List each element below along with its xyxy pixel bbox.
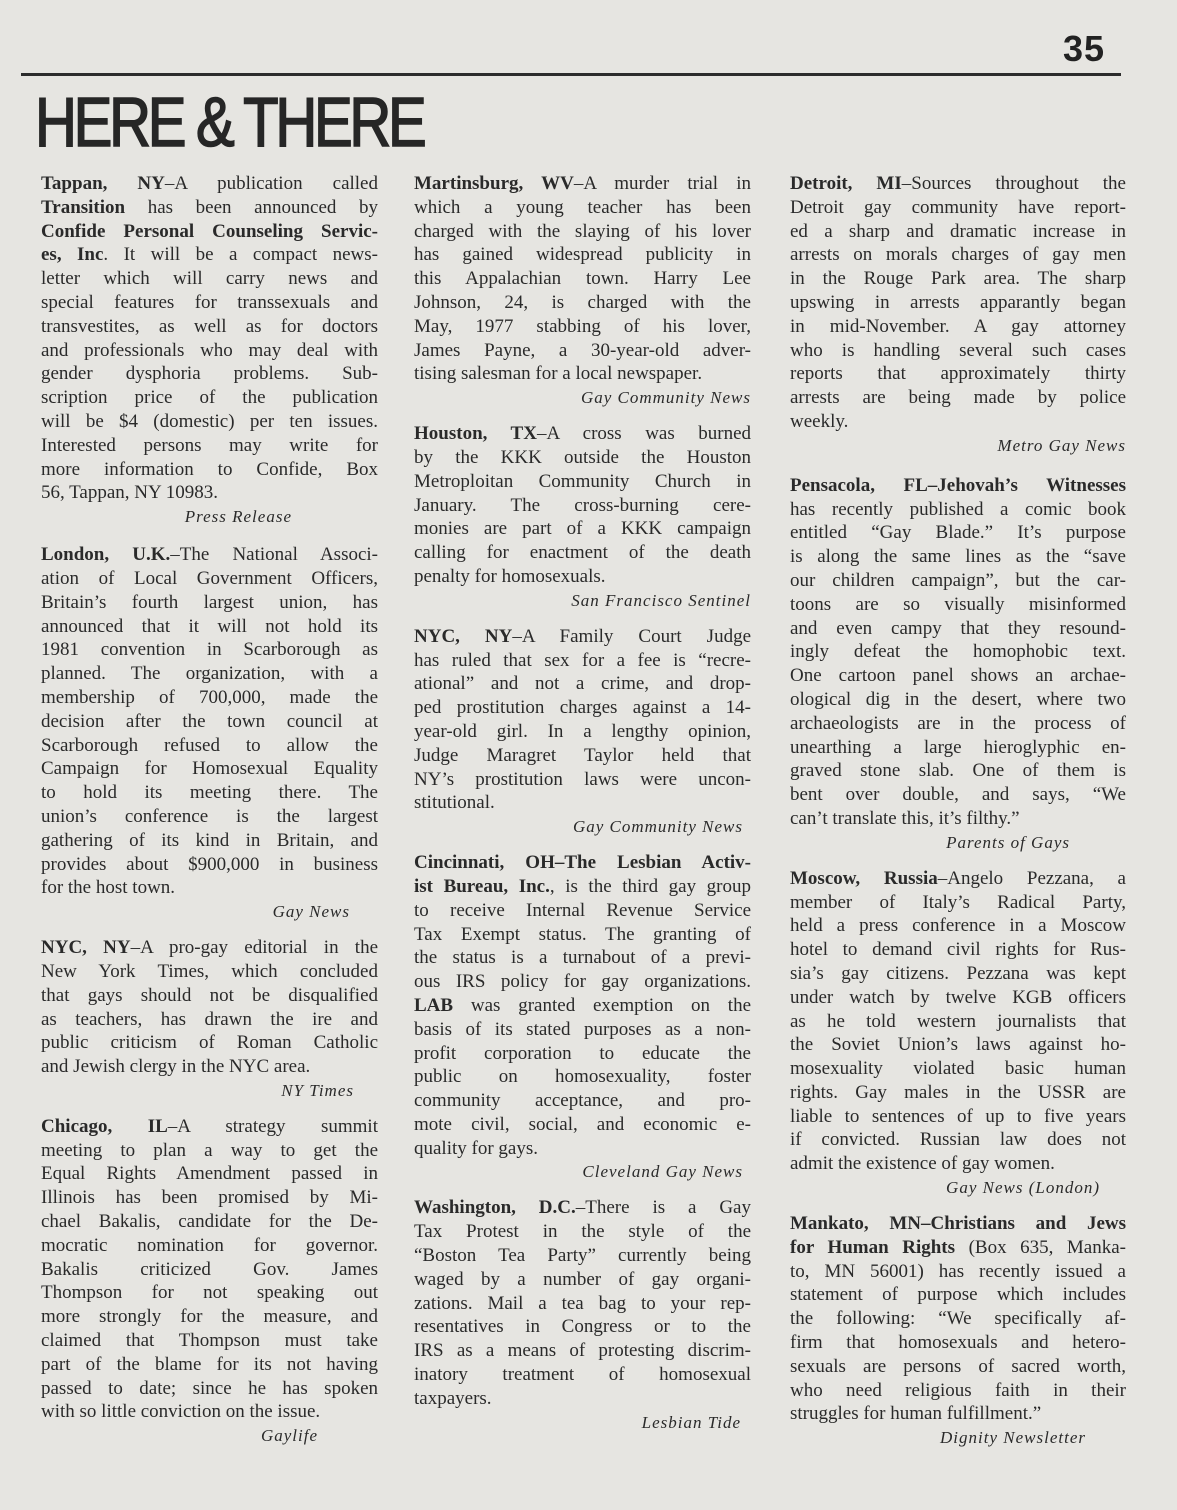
- source-credit: San Francisco Sentinel: [414, 589, 751, 613]
- body-text: –A cross was burned: [537, 423, 751, 444]
- body-text: year-old girl. In a lengthy opinion,: [414, 721, 751, 742]
- body-text: scription price of the publication: [41, 387, 378, 408]
- text-line: mosexuality violated basic human: [790, 1057, 1126, 1081]
- dateline: Washington, D.C.: [414, 1197, 576, 1218]
- text-line: Campaign for Homosexual Equality: [41, 757, 378, 781]
- text-line: public criticism of Roman Catholic: [41, 1031, 378, 1055]
- body-text: taxpayers.: [414, 1388, 492, 1409]
- text-line: Judge Maragret Taylor held that: [414, 744, 751, 768]
- body-text: for the host town.: [41, 877, 175, 898]
- body-text: zations. Mail a tea bag to your rep-: [414, 1293, 751, 1314]
- body-text: IRS as a means of protesting discrim-: [414, 1340, 751, 1361]
- body-text: union’s conference is the largest: [41, 806, 378, 827]
- body-text: –A publication called: [165, 173, 378, 194]
- text-line: May, 1977 stabbing of his lover,: [414, 315, 751, 339]
- text-line: stitutional.: [414, 791, 751, 815]
- text-line: Mankato, MN–Christians and Jews: [790, 1212, 1126, 1236]
- text-line: Houston, TX–A cross was burned: [414, 422, 751, 446]
- body-text: archaeologists are in the process of: [790, 713, 1126, 734]
- news-item: Tappan, NY–A publication calledTransitio…: [41, 172, 378, 529]
- body-text: claimed that Thompson must take: [41, 1330, 378, 1351]
- text-line: mocratic nomination for governor.: [41, 1234, 378, 1258]
- body-text: –Sources throughout the: [902, 173, 1126, 194]
- text-line: firm that homosexuals and hetero-: [790, 1331, 1126, 1355]
- text-line: Transition has been announced by: [41, 196, 378, 220]
- body-text: held a press conference in a Moscow: [790, 915, 1126, 936]
- source-credit: Gay Community News: [414, 815, 751, 839]
- text-line: NY’s prostitution laws were uncon-: [414, 768, 751, 792]
- news-item: Pensacola, FL–Jehovah’s Witnesseshas rec…: [790, 474, 1126, 855]
- body-text: bent over double, and says, “We: [790, 784, 1126, 805]
- news-item: Houston, TX–A cross was burnedby the KKK…: [414, 422, 751, 613]
- news-item: Detroit, MI–Sources throughout theDetroi…: [790, 172, 1126, 458]
- body-text: decision after the town council at: [41, 711, 378, 732]
- body-text: member of Italy’s Radical Party,: [790, 892, 1126, 913]
- text-line: and Jewish clergy in the NYC area.: [41, 1055, 378, 1079]
- text-line: monies are part of a KKK campaign: [414, 517, 751, 541]
- body-text: James Payne, a 30-year-old adver-: [414, 340, 751, 361]
- text-line: public on homosexuality, foster: [414, 1065, 751, 1089]
- body-text: Judge Maragret Taylor held that: [414, 745, 751, 766]
- text-line: January. The cross-burning cere-: [414, 494, 751, 518]
- source-credit: Dignity Newsletter: [790, 1426, 1126, 1450]
- text-line: with so little conviction on the issue.: [41, 1400, 378, 1424]
- text-line: statement of purpose which includes: [790, 1283, 1126, 1307]
- dateline: Moscow, Russia: [790, 868, 938, 889]
- text-line: held a press conference in a Moscow: [790, 914, 1126, 938]
- text-line: ingly defeat the homophobic text.: [790, 640, 1126, 664]
- text-line: Moscow, Russia–Angelo Pezzana, a: [790, 867, 1126, 891]
- body-text: the following: “We specifically af-: [790, 1308, 1126, 1329]
- text-line: unearthing a large hieroglyphic en-: [790, 736, 1126, 760]
- body-text: graved stone slab. One of them is: [790, 760, 1126, 781]
- dateline: Transition: [41, 197, 125, 218]
- text-line: claimed that Thompson must take: [41, 1329, 378, 1353]
- dateline: Chicago, IL: [41, 1116, 168, 1137]
- text-line: is along the same lines as the “save: [790, 545, 1126, 569]
- body-text: meeting to plan a way to get the: [41, 1140, 378, 1161]
- text-line: gathering of its kind in Britain, and: [41, 829, 378, 853]
- text-line: basis of its stated purposes as a non-: [414, 1018, 751, 1042]
- text-line: Detroit gay community have report-: [790, 196, 1126, 220]
- body-text: charged with the slaying of his lover: [414, 221, 751, 242]
- column-1: Tappan, NY–A publication calledTransitio…: [41, 172, 378, 1448]
- body-text: more information to Confide, Box: [41, 459, 378, 480]
- body-text: struggles for human fulfillment.”: [790, 1403, 1041, 1424]
- dateline: NYC, NY: [41, 937, 131, 958]
- text-line: the following: “We specifically af-: [790, 1307, 1126, 1331]
- body-text: –Angelo Pezzana, a: [938, 868, 1126, 889]
- body-text: reports that approximately thirty: [790, 363, 1126, 384]
- body-text: New York Times, which concluded: [41, 961, 378, 982]
- body-text: the Soviet Union’s laws against ho-: [790, 1034, 1126, 1055]
- body-text: community acceptance, and pro-: [414, 1090, 751, 1111]
- body-text: the status is a turnabout of a previ-: [414, 947, 751, 968]
- body-text: who is handling several such cases: [790, 340, 1126, 361]
- text-line: inatory treatment of homosexual: [414, 1363, 751, 1387]
- text-line: to, MN 56001) has recently issued a: [790, 1260, 1126, 1284]
- column-2: Martinsburg, WV–A murder trial inwhich a…: [414, 172, 751, 1435]
- source-credit: Lesbian Tide: [414, 1411, 751, 1435]
- text-line: as teachers, has drawn the ire and: [41, 1008, 378, 1032]
- text-line: for Human Rights (Box 635, Manka-: [790, 1236, 1126, 1260]
- text-line: NYC, NY–A Family Court Judge: [414, 625, 751, 649]
- body-text: by the KKK outside the Houston: [414, 447, 751, 468]
- text-line: Interested persons may write for: [41, 434, 378, 458]
- text-line: who need religious faith in their: [790, 1379, 1126, 1403]
- source-credit: Gay News (London): [790, 1176, 1126, 1200]
- body-text: ous IRS policy for gay organizations.: [414, 971, 751, 992]
- dateline: es, Inc: [41, 244, 103, 265]
- text-line: ational” and not a crime, and drop-: [414, 672, 751, 696]
- body-text: was granted exemption on the: [453, 995, 751, 1016]
- body-text: and Jewish clergy in the NYC area.: [41, 1056, 310, 1077]
- text-line: sexuals are persons of sacred worth,: [790, 1355, 1126, 1379]
- text-line: which a young teacher has been: [414, 196, 751, 220]
- text-line: hotel to demand civil rights for Rus-: [790, 938, 1126, 962]
- body-text: Metroploitan Community Church in: [414, 471, 751, 492]
- body-text: public criticism of Roman Catholic: [41, 1032, 378, 1053]
- body-text: chael Bakalis, candidate for the De-: [41, 1211, 378, 1232]
- body-text: quality for gays.: [414, 1138, 538, 1159]
- body-text: which a young teacher has been: [414, 197, 751, 218]
- text-line: under watch by twelve KGB officers: [790, 986, 1126, 1010]
- text-line: penalty for homosexuals.: [414, 565, 751, 589]
- text-line: to hold its meeting there. The: [41, 781, 378, 805]
- dateline: ist Bureau, Inc.: [414, 876, 550, 897]
- body-text: can’t translate this, it’s filthy.”: [790, 808, 1020, 829]
- body-text: ational” and not a crime, and drop-: [414, 673, 751, 694]
- text-line: member of Italy’s Radical Party,: [790, 891, 1126, 915]
- text-line: resentatives in Congress or to the: [414, 1315, 751, 1339]
- body-text: Britain’s fourth largest union, has: [41, 592, 378, 613]
- text-line: Scarborough refused to allow the: [41, 734, 378, 758]
- text-line: the Soviet Union’s laws against ho-: [790, 1033, 1126, 1057]
- text-line: ist Bureau, Inc., is the third gay group: [414, 875, 751, 899]
- body-text: –A Family Court Judge: [512, 626, 751, 647]
- body-text: who need religious faith in their: [790, 1380, 1126, 1401]
- text-line: “Boston Tea Party” currently being: [414, 1244, 751, 1268]
- text-line: tising salesman for a local newspaper.: [414, 362, 751, 386]
- body-text: part of the blame for its not having: [41, 1354, 378, 1375]
- text-line: provides about $900,000 in business: [41, 853, 378, 877]
- text-line: calling for enactment of the death: [414, 541, 751, 565]
- body-text: firm that homosexuals and hetero-: [790, 1332, 1126, 1353]
- text-line: more strongly for the measure, and: [41, 1305, 378, 1329]
- text-line: sia’s gay citizens. Pezzana was kept: [790, 962, 1126, 986]
- text-line: rights. Gay males in the USSR are: [790, 1081, 1126, 1105]
- body-text: –A pro-gay editorial in the: [131, 937, 378, 958]
- body-text: if convicted. Russian law does not: [790, 1129, 1126, 1150]
- text-line: Cincinnati, OH–The Lesbian Activ-: [414, 851, 751, 875]
- body-text: transvestites, as well as for doctors: [41, 316, 378, 337]
- body-text: penalty for homosexuals.: [414, 566, 606, 587]
- text-line: Pensacola, FL–Jehovah’s Witnesses: [790, 474, 1126, 498]
- body-text: our children campaign”, but the car-: [790, 570, 1126, 591]
- text-line: Detroit, MI–Sources throughout the: [790, 172, 1126, 196]
- text-line: Tax Protest in the style of the: [414, 1220, 751, 1244]
- text-line: and professionals who may deal with: [41, 339, 378, 363]
- text-line: profit corporation to educate the: [414, 1042, 751, 1066]
- body-text: waged by a number of gay organi-: [414, 1269, 751, 1290]
- body-text: to hold its meeting there. The: [41, 782, 378, 803]
- text-line: mote civil, social, and economic e-: [414, 1113, 751, 1137]
- body-text: “Boston Tea Party” currently being: [414, 1245, 751, 1266]
- body-text: Tax Exempt status. The granting of: [414, 924, 751, 945]
- body-text: as he told western journalists that: [790, 1011, 1126, 1032]
- body-text: Bakalis criticized Gov. James: [41, 1259, 378, 1280]
- text-line: reports that approximately thirty: [790, 362, 1126, 386]
- source-credit: Gay News: [41, 900, 378, 924]
- text-line: special features for transsexuals and: [41, 291, 378, 315]
- body-text: with so little conviction on the issue.: [41, 1401, 320, 1422]
- body-text: will be $4 (domestic) per ten issues.: [41, 411, 378, 432]
- source-credit: Gay Community News: [414, 386, 751, 410]
- body-text: mosexuality violated basic human: [790, 1058, 1126, 1079]
- source-credit: Cleveland Gay News: [414, 1160, 751, 1184]
- body-text: announced that it will not hold its: [41, 616, 378, 637]
- text-line: more information to Confide, Box: [41, 458, 378, 482]
- source-credit: Metro Gay News: [790, 434, 1126, 458]
- body-text: stitutional.: [414, 792, 495, 813]
- body-text: has recently published a comic book: [790, 499, 1126, 520]
- body-text: arrests on morals charges of gay men: [790, 244, 1126, 265]
- body-text: and professionals who may deal with: [41, 340, 378, 361]
- dateline: for Human Rights: [790, 1237, 955, 1258]
- body-text: ation of Local Government Officers,: [41, 568, 378, 589]
- text-line: will be $4 (domestic) per ten issues.: [41, 410, 378, 434]
- body-text: mote civil, social, and economic e-: [414, 1114, 751, 1135]
- body-text: profit corporation to educate the: [414, 1043, 751, 1064]
- body-text: to, MN 56001) has recently issued a: [790, 1261, 1126, 1282]
- body-text: ped prostitution charges against a 14-: [414, 697, 751, 718]
- text-line: toons are so visually misinformed: [790, 593, 1126, 617]
- body-text: January. The cross-burning cere-: [414, 495, 751, 516]
- source-credit: NY Times: [41, 1079, 378, 1103]
- body-text: hotel to demand civil rights for Rus-: [790, 939, 1126, 960]
- text-line: decision after the town council at: [41, 710, 378, 734]
- text-line: and even campy that they resound-: [790, 617, 1126, 641]
- text-line: this Appalachian town. Harry Lee: [414, 267, 751, 291]
- body-text: sexuals are persons of sacred worth,: [790, 1356, 1126, 1377]
- dateline: Detroit, MI: [790, 173, 902, 194]
- text-line: who is handling several such cases: [790, 339, 1126, 363]
- body-text: 56, Tappan, NY 10983.: [41, 482, 218, 503]
- body-text: Scarborough refused to allow the: [41, 735, 378, 756]
- text-line: Chicago, IL–A strategy summit: [41, 1115, 378, 1139]
- news-item: Martinsburg, WV–A murder trial inwhich a…: [414, 172, 751, 410]
- text-line: upswing in arrests apparantly began: [790, 291, 1126, 315]
- body-text: monies are part of a KKK campaign: [414, 518, 751, 539]
- body-text: (Box 635, Manka-: [955, 1237, 1126, 1258]
- body-text: sia’s gay citizens. Pezzana was kept: [790, 963, 1126, 984]
- text-line: Bakalis criticized Gov. James: [41, 1258, 378, 1282]
- text-line: in the Rouge Park area. The sharp: [790, 267, 1126, 291]
- text-line: 56, Tappan, NY 10983.: [41, 481, 378, 505]
- body-text: arrests are being made by police: [790, 387, 1126, 408]
- text-line: passed to date; since he has spoken: [41, 1377, 378, 1401]
- news-item: Moscow, Russia–Angelo Pezzana, amember o…: [790, 867, 1126, 1200]
- dateline: Mankato, MN–Christians and Jews: [790, 1213, 1126, 1234]
- body-text: mocratic nomination for governor.: [41, 1235, 378, 1256]
- text-line: Thompson for not speaking out: [41, 1281, 378, 1305]
- body-text: weekly.: [790, 411, 848, 432]
- text-line: arrests are being made by police: [790, 386, 1126, 410]
- text-line: meeting to plan a way to get the: [41, 1139, 378, 1163]
- text-line: planned. The organization, with a: [41, 662, 378, 686]
- body-text: this Appalachian town. Harry Lee: [414, 268, 751, 289]
- text-line: Britain’s fourth largest union, has: [41, 591, 378, 615]
- body-text: Detroit gay community have report-: [790, 197, 1126, 218]
- dateline: NYC, NY: [414, 626, 512, 647]
- text-line: community acceptance, and pro-: [414, 1089, 751, 1113]
- text-line: that gays should not be disqualified: [41, 984, 378, 1008]
- body-text: gender dysphoria problems. Sub-: [41, 363, 378, 384]
- news-item: London, U.K.–The National Associ-ation o…: [41, 543, 378, 924]
- dateline: Pensacola, FL–Jehovah’s Witnesses: [790, 475, 1126, 496]
- text-line: Washington, D.C.–There is a Gay: [414, 1196, 751, 1220]
- source-credit: Press Release: [41, 505, 378, 529]
- dateline: Martinsburg, WV: [414, 173, 574, 194]
- text-line: entitled “Gay Blade.” It’s purpose: [790, 521, 1126, 545]
- body-text: has gained widespread publicity in: [414, 244, 751, 265]
- body-text: May, 1977 stabbing of his lover,: [414, 316, 751, 337]
- body-text: in the Rouge Park area. The sharp: [790, 268, 1126, 289]
- news-item: Washington, D.C.–There is a GayTax Prote…: [414, 1196, 751, 1434]
- text-line: Johnson, 24, is charged with the: [414, 291, 751, 315]
- text-line: New York Times, which concluded: [41, 960, 378, 984]
- body-text: ological dig in the desert, where two: [790, 689, 1126, 710]
- body-text: passed to date; since he has spoken: [41, 1378, 378, 1399]
- text-line: Tax Exempt status. The granting of: [414, 923, 751, 947]
- text-line: ped prostitution charges against a 14-: [414, 696, 751, 720]
- body-text: in mid-November. A gay attorney: [790, 316, 1126, 337]
- body-text: letter which will carry news and: [41, 268, 378, 289]
- text-line: union’s conference is the largest: [41, 805, 378, 829]
- body-text: entitled “Gay Blade.” It’s purpose: [790, 522, 1126, 543]
- source-credit: Gaylife: [41, 1424, 378, 1448]
- body-text: –A strategy summit: [168, 1116, 378, 1137]
- body-text: –A murder trial in: [574, 173, 751, 194]
- page-number: 35: [1063, 28, 1105, 70]
- body-text: One cartoon panel shows an archae-: [790, 665, 1126, 686]
- text-line: zations. Mail a tea bag to your rep-: [414, 1292, 751, 1316]
- text-line: transvestites, as well as for doctors: [41, 315, 378, 339]
- text-line: scription price of the publication: [41, 386, 378, 410]
- dateline: Tappan, NY: [41, 173, 165, 194]
- body-text: toons are so visually misinformed: [790, 594, 1126, 615]
- text-line: by the KKK outside the Houston: [414, 446, 751, 470]
- body-text: statement of purpose which includes: [790, 1284, 1126, 1305]
- text-line: announced that it will not hold its: [41, 615, 378, 639]
- text-line: year-old girl. In a lengthy opinion,: [414, 720, 751, 744]
- dateline: Confide Personal Counseling Servic-: [41, 221, 378, 242]
- text-line: membership of 700,000, made the: [41, 686, 378, 710]
- body-text: 1981 convention in Scarborough as: [41, 639, 378, 660]
- body-text: Interested persons may write for: [41, 435, 378, 456]
- text-line: quality for gays.: [414, 1137, 751, 1161]
- news-item: NYC, NY–A Family Court Judgehas ruled th…: [414, 625, 751, 839]
- text-line: Martinsburg, WV–A murder trial in: [414, 172, 751, 196]
- body-text: calling for enactment of the death: [414, 542, 751, 563]
- body-text: membership of 700,000, made the: [41, 687, 378, 708]
- body-text: has ruled that sex for a fee is “recre-: [414, 650, 751, 671]
- text-line: admit the existence of gay women.: [790, 1152, 1126, 1176]
- text-line: can’t translate this, it’s filthy.”: [790, 807, 1126, 831]
- text-line: London, U.K.–The National Associ-: [41, 543, 378, 567]
- text-line: letter which will carry news and: [41, 267, 378, 291]
- text-line: graved stone slab. One of them is: [790, 759, 1126, 783]
- text-line: as he told western journalists that: [790, 1010, 1126, 1034]
- text-line: taxpayers.: [414, 1387, 751, 1411]
- text-line: arrests on morals charges of gay men: [790, 243, 1126, 267]
- text-line: James Payne, a 30-year-old adver-: [414, 339, 751, 363]
- text-line: One cartoon panel shows an archae-: [790, 664, 1126, 688]
- text-line: bent over double, and says, “We: [790, 783, 1126, 807]
- body-text: Tax Protest in the style of the: [414, 1221, 751, 1242]
- text-line: weekly.: [790, 410, 1126, 434]
- body-text: special features for transsexuals and: [41, 292, 378, 313]
- body-text: is along the same lines as the “save: [790, 546, 1126, 567]
- body-text: NY’s prostitution laws were uncon-: [414, 769, 751, 790]
- text-line: Metroploitan Community Church in: [414, 470, 751, 494]
- text-line: to receive Internal Revenue Service: [414, 899, 751, 923]
- body-text: more strongly for the measure, and: [41, 1306, 378, 1327]
- text-line: struggles for human fulfillment.”: [790, 1402, 1126, 1426]
- text-line: Equal Rights Amendment passed in: [41, 1162, 378, 1186]
- column-3: Detroit, MI–Sources throughout theDetroi…: [790, 172, 1126, 1450]
- body-text: liable to sentences of up to five years: [790, 1106, 1126, 1127]
- text-line: es, Inc. It will be a compact news-: [41, 243, 378, 267]
- body-text: , is the third gay group: [550, 876, 751, 897]
- body-text: Campaign for Homosexual Equality: [41, 758, 378, 779]
- body-text: planned. The organization, with a: [41, 663, 378, 684]
- text-line: our children campaign”, but the car-: [790, 569, 1126, 593]
- text-line: waged by a number of gay organi-: [414, 1268, 751, 1292]
- text-line: chael Bakalis, candidate for the De-: [41, 1210, 378, 1234]
- body-text: inatory treatment of homosexual: [414, 1364, 751, 1385]
- text-line: in mid-November. A gay attorney: [790, 315, 1126, 339]
- text-line: has ruled that sex for a fee is “recre-: [414, 649, 751, 673]
- body-text: under watch by twelve KGB officers: [790, 987, 1126, 1008]
- text-line: Tappan, NY–A publication called: [41, 172, 378, 196]
- section-title: HERE & THERE: [35, 84, 423, 160]
- news-item: Cincinnati, OH–The Lesbian Activ-ist Bur…: [414, 851, 751, 1184]
- text-line: liable to sentences of up to five years: [790, 1105, 1126, 1129]
- text-line: ation of Local Government Officers,: [41, 567, 378, 591]
- text-line: ed a sharp and dramatic increase in: [790, 220, 1126, 244]
- body-text: gathering of its kind in Britain, and: [41, 830, 378, 851]
- text-line: the status is a turnabout of a previ-: [414, 946, 751, 970]
- body-text: –There is a Gay: [576, 1197, 751, 1218]
- dateline: Cincinnati, OH–The Lesbian Activ-: [414, 852, 751, 873]
- body-text: rights. Gay males in the USSR are: [790, 1082, 1126, 1103]
- text-line: ological dig in the desert, where two: [790, 688, 1126, 712]
- text-line: ous IRS policy for gay organizations.: [414, 970, 751, 994]
- body-text: that gays should not be disqualified: [41, 985, 378, 1006]
- body-text: to receive Internal Revenue Service: [414, 900, 751, 921]
- body-text: and even campy that they resound-: [790, 618, 1126, 639]
- body-text: upswing in arrests apparantly began: [790, 292, 1126, 313]
- body-text: ingly defeat the homophobic text.: [790, 641, 1126, 662]
- body-text: as teachers, has drawn the ire and: [41, 1009, 378, 1030]
- text-line: if convicted. Russian law does not: [790, 1128, 1126, 1152]
- body-text: –The National Associ-: [170, 544, 378, 565]
- text-line: gender dysphoria problems. Sub-: [41, 362, 378, 386]
- body-text: resentatives in Congress or to the: [414, 1316, 751, 1337]
- body-text: Thompson for not speaking out: [41, 1282, 378, 1303]
- text-line: Confide Personal Counseling Servic-: [41, 220, 378, 244]
